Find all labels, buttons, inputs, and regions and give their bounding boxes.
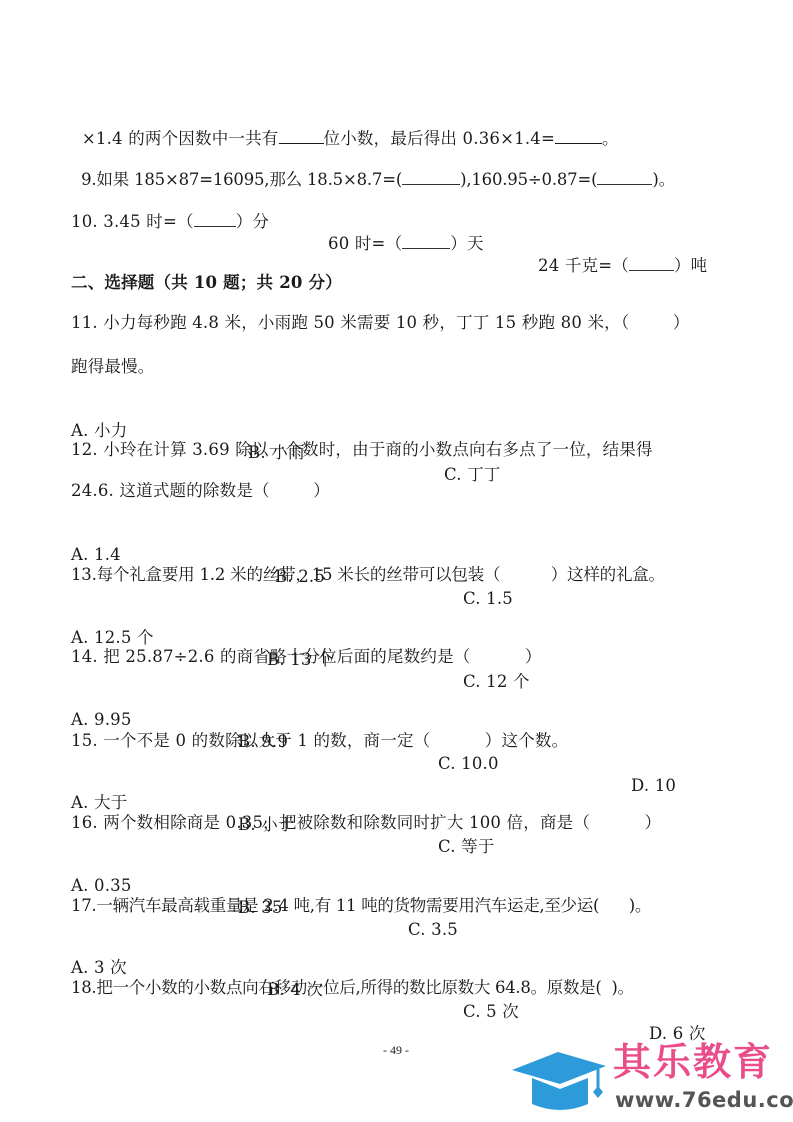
q10-b-label: 60 时=（ bbox=[328, 234, 402, 253]
q9-text-part2: ),160.95÷0.87=( bbox=[460, 170, 597, 189]
question-9: 9.如果 185×87=16095,那么 18.5×8.7=(),160.95÷… bbox=[71, 146, 675, 191]
question-18: 18.把一个小数的小数点向右移动一位后,所得的数比原数大 64.8。原数是( )… bbox=[71, 977, 634, 999]
q17-option-c[interactable]: C. 5 次 bbox=[463, 1001, 519, 1023]
question-11-line1: 11. 小力每秒跑 4.8 米，小雨跑 50 米需要 10 秒，丁丁 15 秒跑… bbox=[71, 312, 690, 334]
question-17: 17.一辆汽车最高载重量是 2.4 吨,有 11 吨的货物需要用汽车运走,至少运… bbox=[71, 895, 651, 917]
question-12-line2: 24.6. 这道式题的除数是（ ） bbox=[71, 480, 330, 502]
q10-blank-b[interactable] bbox=[402, 232, 450, 249]
question-13: 13.每个礼盒要用 1.2 米的丝带，15 米长的丝带可以包装（ ）这样的礼盒。 bbox=[71, 564, 665, 586]
q10-c-unit: ）吨 bbox=[674, 256, 707, 275]
q10-blank-c[interactable] bbox=[629, 254, 674, 271]
q9-text-part1: 9.如果 185×87=16095,那么 18.5×8.7=( bbox=[81, 170, 402, 189]
section-heading: 二、选择题（共 10 题；共 20 分） bbox=[71, 272, 342, 294]
q8-blank-1[interactable] bbox=[279, 127, 324, 144]
q8-blank-2[interactable] bbox=[555, 127, 602, 144]
q9-blank-2[interactable] bbox=[597, 168, 652, 185]
page-number: - 49 - bbox=[383, 1043, 409, 1058]
graduation-cap-icon bbox=[510, 1042, 610, 1112]
q12-option-a[interactable]: A. 1.4 bbox=[71, 544, 121, 566]
watermark-url: www.76edu.com bbox=[615, 1088, 793, 1112]
q17-option-a[interactable]: A. 3 次 bbox=[71, 957, 127, 979]
q14-option-a[interactable]: A. 9.95 bbox=[71, 709, 132, 731]
q11-option-c[interactable]: C. 丁丁 bbox=[444, 464, 501, 486]
question-15: 15. 一个不是 0 的数除以大于 1 的数，商一定（ ）这个数。 bbox=[71, 730, 568, 752]
q10-a-unit: ）分 bbox=[236, 212, 269, 231]
question-14: 14. 把 25.87÷2.6 的商省略十分位后面的尾数约是（ ） bbox=[71, 646, 542, 668]
q9-blank-1[interactable] bbox=[402, 168, 460, 185]
q16-option-a[interactable]: A. 0.35 bbox=[71, 875, 132, 897]
q9-text-part3: )。 bbox=[652, 170, 675, 189]
watermark-logo: 其乐教育 www.76edu.com bbox=[510, 1038, 793, 1122]
q10-c-label: 24 千克=（ bbox=[538, 256, 629, 275]
q10-blank-a[interactable] bbox=[194, 210, 236, 227]
question-16: 16. 两个数相除商是 0.35，把被除数和除数同时扩大 100 倍，商是（ ） bbox=[71, 812, 661, 834]
q10-b-unit: ）天 bbox=[450, 234, 483, 253]
q10-part-a: 10. 3.45 时=（）分 bbox=[71, 210, 269, 233]
q10-a-label: 10. 3.45 时=（ bbox=[71, 212, 194, 231]
q10-part-c: 24 千克=（）吨 bbox=[538, 254, 707, 277]
q10-part-b: 60 时=（）天 bbox=[328, 232, 484, 255]
question-11-line2: 跑得最慢。 bbox=[71, 356, 155, 378]
question-12-line1: 12. 小玲在计算 3.69 除以一个数时，由于商的小数点向右多点了一位，结果得 bbox=[71, 439, 653, 461]
watermark-title: 其乐教育 bbox=[613, 1040, 773, 1084]
question-8-continuation: ×1.4 的两个因数中一共有位小数，最后得出 0.36×1.4=。 bbox=[71, 105, 619, 150]
q15-option-a[interactable]: A. 大于 bbox=[71, 792, 127, 814]
question-10: 10. 3.45 时=（）分 60 时=（）天 24 千克=（）吨 bbox=[71, 188, 731, 276]
